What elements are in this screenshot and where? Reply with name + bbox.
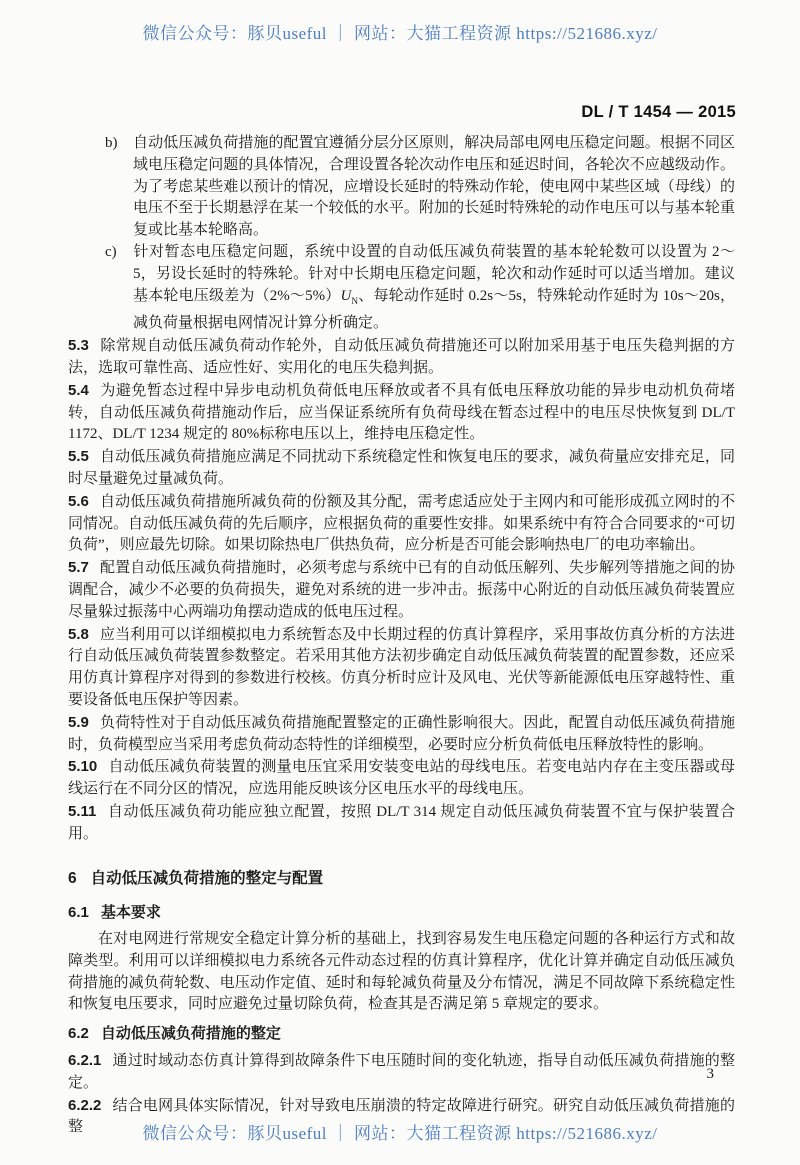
page-number: 3 [707,1066,715,1083]
paragraph: 在对电网进行常规安全稳定计算分析的基础上，找到容易发生电压稳定问题的各种运行方式… [68,929,735,1016]
item-label: 6.2.1 [68,1052,101,1069]
document-body: b)自动低压减负荷措施的配置宜遵循分层分区原则，解决局部电网电压稳定问题。根据不… [68,133,735,1139]
subsection-heading-6.1: 6.1基本要求 [68,902,735,924]
clause-5.7: 5.7配置自动低压减负荷措施时，必须考虑与系统中已有的自动低压解列、失步解列等措… [68,557,735,623]
item-label: 5.7 [68,559,89,576]
subsection-heading-6.2: 6.2自动低压减负荷措施的整定 [68,1023,735,1045]
item-label: 5.11 [68,803,96,820]
clause-5.10: 5.10自动低压减负荷装置的测量电压宜采用安装变电站的母线电压。若变电站内存在主… [68,756,735,801]
item-label: 5.9 [68,714,89,731]
item-label: 6.1 [68,904,89,921]
item-label: c) [105,242,133,264]
item-label: 5.5 [68,448,89,465]
section-heading-6: 6自动低压减负荷措施的整定与配置 [68,868,735,890]
variable-symbol: U [341,288,352,304]
document-code: DL / T 1454 — 2015 [581,103,736,122]
item-label: 5.6 [68,493,89,510]
clause-5.5: 5.5自动低压减负荷措施应满足不同扰动下系统稳定性和恢复电压的要求，减负荷量应安… [68,446,735,491]
item-label: 5.3 [68,337,89,354]
watermark-bottom: 微信公众号：豚贝useful ｜ 网站：大猫工程资源 https://52168… [0,1119,800,1144]
item-label: 6 [68,870,77,887]
clause-6.2.1: 6.2.1通过时域动态仿真计算得到故障条件下电压随时间的变化轨迹，指导自动低压减… [68,1050,735,1095]
item-label: 5.8 [68,626,89,643]
clause-5.6: 5.6自动低压减负荷措施所减负荷的份额及其分配，需考虑适应处于主网内和可能形成孤… [68,491,735,557]
clause-5.9: 5.9负荷特性对于自动低压减负荷措施配置整定的正确性影响很大。因此，配置自动低压… [68,712,735,757]
clause-5.3: 5.3除常规自动低压减负荷动作轮外，自动低压减负荷措施还可以附加采用基于电压失稳… [68,335,735,380]
clause-5.4: 5.4为避免暂态过程中异步电动机负荷低电压释放或者不具有低电压释放功能的异步电动… [68,380,735,446]
item-label: 6.2 [68,1025,89,1042]
list-item-b: b)自动低压减负荷措施的配置宜遵循分层分区原则，解决局部电网电压稳定问题。根据不… [68,133,735,242]
clause-5.8: 5.8应当利用可以详细模拟电力系统暂态及中长期过程的仿真计算程序，采用事故仿真分… [68,624,735,712]
item-label: 6.2.2 [68,1097,101,1114]
list-item-c: c)针对暂态电压稳定问题，系统中设置的自动低压减负荷装置的基本轮轮数可以设置为 … [68,242,735,335]
item-label: 5.4 [68,382,89,399]
item-label: 5.10 [68,758,97,775]
item-label: b) [105,133,133,155]
clause-5.11: 5.11自动低压减负荷功能应独立配置，按照 DL/T 314 规定自动低压减负荷… [68,801,735,846]
watermark-top: 微信公众号：豚贝useful ｜ 网站：大猫工程资源 https://52168… [0,19,800,44]
document-page: { "watermark": { "text": "微信公众号：豚贝useful… [0,0,800,1165]
subscript: N [351,297,358,307]
